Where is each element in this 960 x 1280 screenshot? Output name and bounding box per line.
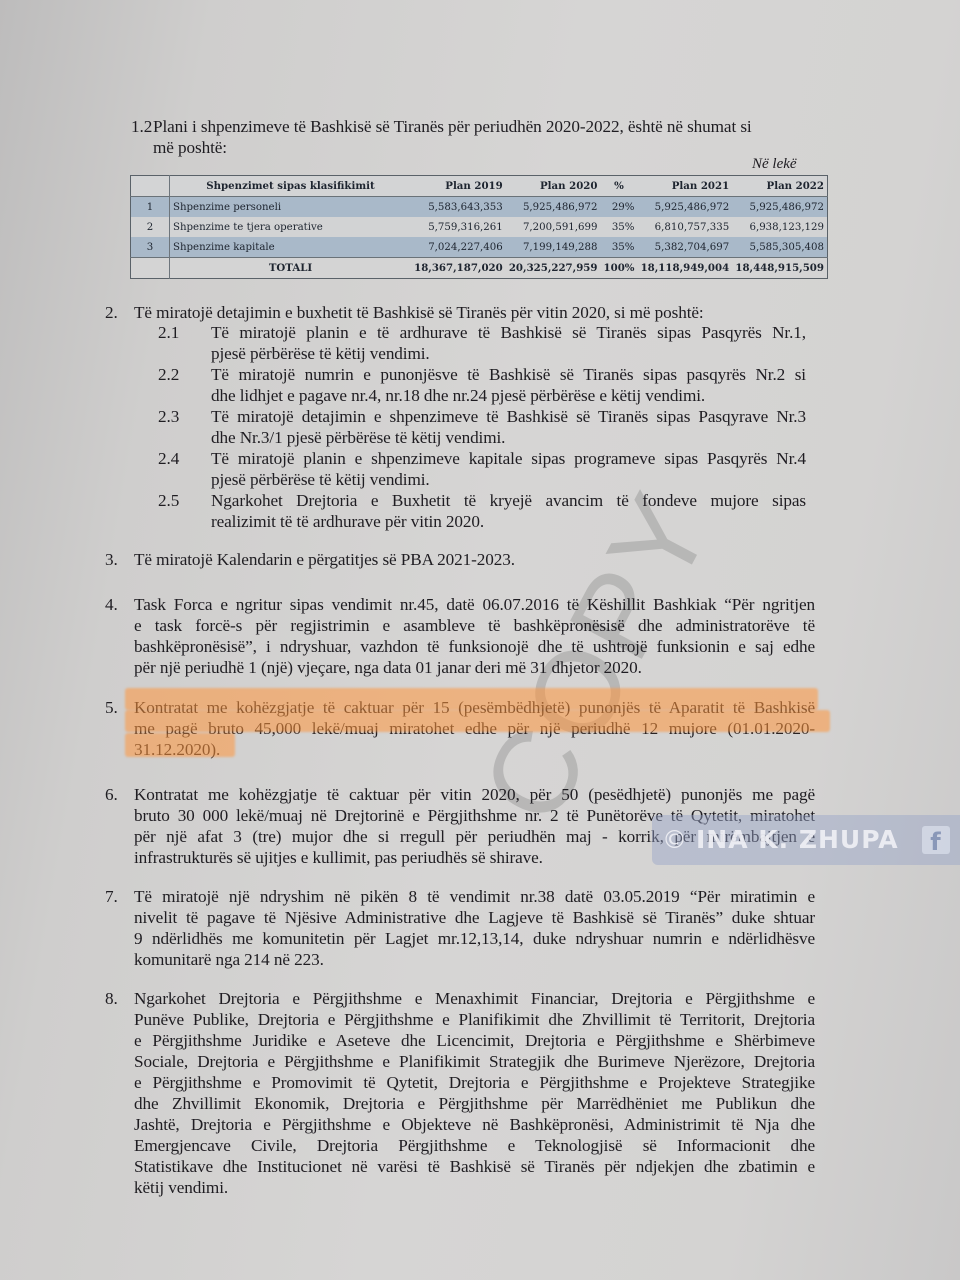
col-percent: %: [600, 176, 637, 197]
row-label: Shpenzime personeli: [170, 197, 412, 218]
row-index: 3: [131, 237, 170, 258]
cell-plan2022: 5,925,486,972: [732, 197, 827, 218]
credit-name: INA K. ZHUPA: [696, 825, 899, 854]
table-total-row: TOTALI18,367,187,02020,325,227,959100%18…: [131, 258, 828, 279]
item-line: Task Forca e ngritur sipas vendimit nr.4…: [134, 594, 815, 615]
sub-item-2-3: 2.3Të miratojë detajimin e shpenzimeve t…: [158, 406, 806, 448]
item-line: me pagë bruto 45,000 lekë/muaj miratohet…: [134, 718, 815, 739]
sub-item-line: dhe lidhjet e pagave nr.4, nr.18 dhe nr.…: [211, 385, 806, 406]
sub-item-line: Të miratojë planin e shpenzimeve kapital…: [211, 448, 806, 469]
item-number: 8.: [105, 988, 118, 1009]
sub-item-number: 2.1: [158, 322, 179, 343]
sub-item-number: 2.5: [158, 490, 179, 511]
row-index: [131, 258, 170, 279]
sub-item-line: Të miratojë detajimin e shpenzimeve të B…: [211, 406, 806, 427]
col-plan-2021: Plan 2021: [637, 176, 732, 197]
item-number: 7.: [105, 886, 118, 907]
numbered-item-5: 5.Kontratat me kohëzgjatje të caktuar pë…: [105, 697, 815, 760]
item-line: këtij vendimi.: [134, 1177, 815, 1198]
item-number: 3.: [105, 549, 118, 570]
numbered-item-2: 2.Të miratojë detajimin e buxhetit të Ba…: [105, 302, 815, 323]
item-line: nivelit të pagave të Njësive Administrat…: [134, 907, 815, 928]
item-line: Të miratojë një ndryshim në pikën 8 të v…: [134, 886, 815, 907]
col-index: [131, 176, 170, 197]
photo-credit-watermark: ©INA K. ZHUPA f: [652, 815, 960, 865]
total-plan2020: 20,325,227,959: [506, 258, 601, 279]
document-page: COPY 1.2 Plani i shpenzimeve të Bashkisë…: [0, 0, 960, 1280]
sub-item-number: 2.2: [158, 364, 179, 385]
sub-item-line: pjesë përbërëse të këtij vendimi.: [211, 343, 806, 364]
col-classification: Shpenzimet sipas klasifikimit: [170, 176, 412, 197]
item-line: Kontratat me kohëzgjatje të caktuar për …: [134, 697, 815, 718]
sub-item-line: Ngarkohet Drejtoria e Buxhetit të kryejë…: [211, 490, 806, 511]
item-line: e task forcë-s për regjistrimin e asambl…: [134, 615, 815, 636]
item-line: Të miratojë Kalendarin e përgatitjes së …: [134, 549, 815, 570]
table-row: 3Shpenzime kapitale7,024,227,4067,199,14…: [131, 237, 828, 258]
cell-plan2021: 5,925,486,972: [637, 197, 732, 218]
row-index: 1: [131, 197, 170, 218]
cell-pct: 29%: [600, 197, 637, 218]
item-number: 5.: [105, 697, 118, 718]
col-plan-2019: Plan 2019: [411, 176, 506, 197]
item-line: për një periudhë 1 (një) vjeçare, nga da…: [134, 657, 815, 678]
sub-item-2-2: 2.2Të miratojë numrin e punonjësve të Ba…: [158, 364, 806, 406]
item-line: Kontratat me kohëzgjatje të caktuar për …: [134, 784, 815, 805]
cell-pct: 35%: [600, 217, 637, 237]
cell-plan2021: 5,382,704,697: [637, 237, 732, 258]
sub-item-line: dhe Nr.3/1 pjesë përbërëse të këtij vend…: [211, 427, 806, 448]
facebook-icon: f: [922, 826, 950, 854]
item-line: Punëve Publike, Drejtoria e Përgjithshme…: [134, 1009, 815, 1030]
item-line: Emergjencave Civile, Drejtoria Përgjiths…: [134, 1135, 815, 1156]
item-line: 9 ndërlidhës me komunitetin për Lagjet m…: [134, 928, 815, 949]
copyright-symbol: ©: [662, 825, 688, 854]
col-plan-2022: Plan 2022: [732, 176, 827, 197]
item-line: dhe Zhvillimit Ekonomik, Drejtoria e Për…: [134, 1093, 815, 1114]
item-line: bashkëpronësisë”, i ndryshuar, vazhdon t…: [134, 636, 815, 657]
cell-plan2022: 6,938,123,129: [732, 217, 827, 237]
sub-item-line: Të miratojë planin e të ardhurave të Bas…: [211, 322, 806, 343]
currency-unit-label: Në lekë: [752, 156, 797, 173]
item-number: 4.: [105, 594, 118, 615]
sub-item-number: 2.3: [158, 406, 179, 427]
total-label: TOTALI: [170, 258, 412, 279]
total-plan2019: 18,367,187,020: [411, 258, 506, 279]
budget-table: Shpenzimet sipas klasifikimit Plan 2019 …: [130, 175, 828, 279]
sub-item-line: pjesë përbërëse të këtij vendimi.: [211, 469, 806, 490]
section-number: 1.2: [131, 116, 152, 137]
sub-item-line: Të miratojë numrin e punonjësve të Bashk…: [211, 364, 806, 385]
intro-line: më poshtë:: [153, 137, 803, 158]
row-label: Shpenzime kapitale: [170, 237, 412, 258]
table-row: 1Shpenzime personeli5,583,643,3535,925,4…: [131, 197, 828, 218]
col-plan-2020: Plan 2020: [506, 176, 601, 197]
total-plan2022: 18,448,915,509: [732, 258, 827, 279]
total-pct: 100%: [600, 258, 637, 279]
sub-item-2-4: 2.4Të miratojë planin e shpenzimeve kapi…: [158, 448, 806, 490]
cell-pct: 35%: [600, 237, 637, 258]
item-line: 31.12.2020).: [134, 739, 815, 760]
item-line: Sociale, Drejtoria e Përgjithshme e Plan…: [134, 1051, 815, 1072]
item-line: Jashtë, Drejtoria e Përgjithshme e Objek…: [134, 1114, 815, 1135]
item-line: Statistikave dhe Institucionet në varësi…: [134, 1156, 815, 1177]
table-row: 2Shpenzime te tjera operative5,759,316,2…: [131, 217, 828, 237]
cell-plan2020: 7,200,591,699: [506, 217, 601, 237]
item-number: 2.: [105, 302, 118, 323]
cell-plan2022: 5,585,305,408: [732, 237, 827, 258]
cell-plan2019: 7,024,227,406: [411, 237, 506, 258]
item-line: Ngarkohet Drejtoria e Përgjithshme e Men…: [134, 988, 815, 1009]
cell-plan2020: 5,925,486,972: [506, 197, 601, 218]
item-line: komunitarë nga 214 në 223.: [134, 949, 815, 970]
sub-item-2-1: 2.1Të miratojë planin e të ardhurave të …: [158, 322, 806, 364]
row-index: 2: [131, 217, 170, 237]
total-plan2021: 18,118,949,004: [637, 258, 732, 279]
section-1-2-intro: 1.2 Plani i shpenzimeve të Bashkisë së T…: [131, 116, 803, 158]
numbered-item-8: 8.Ngarkohet Drejtoria e Përgjithshme e M…: [105, 988, 815, 1198]
sub-item-number: 2.4: [158, 448, 179, 469]
cell-plan2019: 5,583,643,353: [411, 197, 506, 218]
table-header-row: Shpenzimet sipas klasifikimit Plan 2019 …: [131, 176, 828, 197]
cell-plan2019: 5,759,316,261: [411, 217, 506, 237]
cell-plan2020: 7,199,149,288: [506, 237, 601, 258]
cell-plan2021: 6,810,757,335: [637, 217, 732, 237]
intro-line: Plani i shpenzimeve të Bashkisë së Tiran…: [153, 116, 803, 137]
numbered-item-3: 3.Të miratojë Kalendarin e përgatitjes s…: [105, 549, 815, 570]
item-number: 6.: [105, 784, 118, 805]
item-line: e Përgjithshme e Promovimit të Qytetit, …: [134, 1072, 815, 1093]
numbered-item-7: 7.Të miratojë një ndryshim në pikën 8 të…: [105, 886, 815, 970]
row-label: Shpenzime te tjera operative: [170, 217, 412, 237]
numbered-item-4: 4.Task Forca e ngritur sipas vendimit nr…: [105, 594, 815, 678]
item-line: Të miratojë detajimin e buxhetit të Bash…: [134, 302, 815, 323]
item-line: e Përgjithshme Juridike e Aseteve dhe Li…: [134, 1030, 815, 1051]
sub-item-line: realizimit të të ardhurave për vitin 202…: [211, 511, 806, 532]
sub-item-2-5: 2.5Ngarkohet Drejtoria e Buxhetit të kry…: [158, 490, 806, 532]
